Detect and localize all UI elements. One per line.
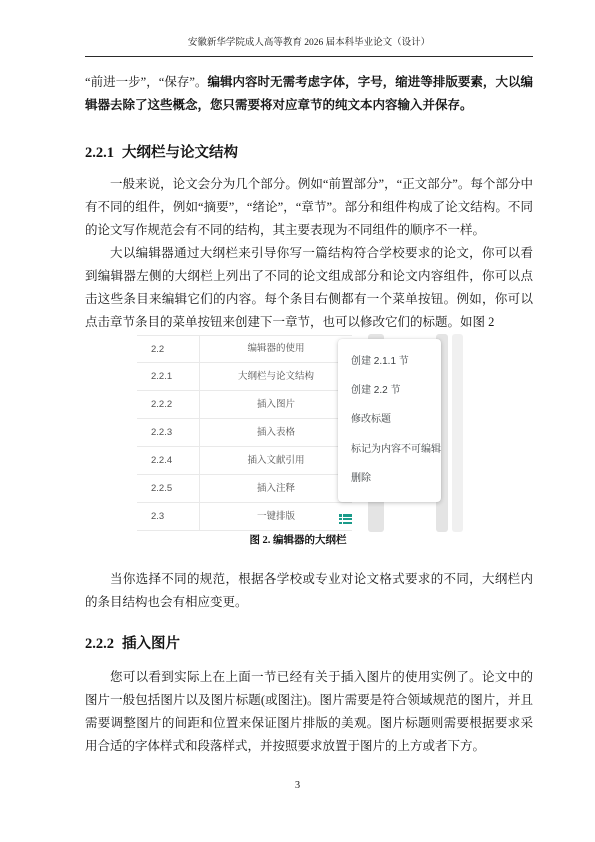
- menu-item-create-2-1-1: 创建 2.1.1 节: [338, 356, 441, 368]
- section-title: 大纲栏与论文结构: [122, 145, 238, 161]
- section-number: 2.2.2: [85, 636, 114, 652]
- outline-row-label: 插入文献引用: [199, 447, 352, 475]
- paragraph-thesis-structure: 一般来说，论文会分为几个部分。例如“前置部分”，“正文部分”。每个部分中有不同的…: [85, 173, 533, 242]
- outline-table: 2.2 编辑器的使用 2.2.1 大纲栏与论文结构 2.2.2 插入图片 2.2…: [137, 335, 352, 531]
- figure-caption: 图 2. 编辑器的大纲栏: [133, 534, 463, 548]
- section-heading-2-2-1: 2.2.1大纲栏与论文结构: [85, 143, 533, 163]
- outline-row: 2.2.3 插入表格: [137, 419, 352, 447]
- outline-row-label: 插入注释: [199, 475, 352, 503]
- background-ui-strip: [452, 334, 463, 532]
- menu-item-rename-title: 修改标题: [338, 414, 441, 426]
- outline-context-menu: 创建 2.1.1 节 创建 2.2 节 修改标题 标记为内容不可编辑 删除: [338, 339, 441, 502]
- outline-row-number: 2.2: [137, 344, 199, 355]
- section-number: 2.2.1: [85, 145, 114, 161]
- paragraph-editing-note: “前进一步”，“保存”。编辑内容时无需考虑字体，字号，缩进等排版要素，大以编辑器…: [85, 71, 533, 117]
- outline-row: 2.3 一键排版: [137, 503, 352, 531]
- format-list-icon: [339, 513, 352, 525]
- figure-2: 2.2 编辑器的使用 2.2.1 大纲栏与论文结构 2.2.2 插入图片 2.2…: [85, 334, 533, 548]
- outline-row: 2.2.2 插入图片: [137, 391, 352, 419]
- outline-row-label: 插入表格: [199, 419, 352, 447]
- menu-item-delete: 删除: [338, 473, 441, 485]
- menu-item-create-2-2: 创建 2.2 节: [338, 385, 441, 397]
- outline-row: 2.2.1 大纲栏与论文结构: [137, 363, 352, 391]
- outline-row-label: 一键排版: [199, 503, 352, 531]
- page-number: 3: [0, 780, 595, 791]
- outline-row-label: 编辑器的使用: [199, 335, 352, 363]
- thesis-page: 安徽新华学院成人高等教育 2026 届本科毕业论文（设计） “前进一步”，“保存…: [0, 0, 595, 842]
- outline-row: 2.2.5 插入注释: [137, 475, 352, 503]
- outline-row: 2.2.4 插入文献引用: [137, 447, 352, 475]
- outline-row: 2.2 编辑器的使用: [137, 335, 352, 363]
- section-heading-2-2-2: 2.2.2插入图片: [85, 634, 533, 654]
- paragraph-insert-image: 您可以看到实际上在上面一节已经有关于插入图片的使用实例了。论文中的图片一般包括图…: [85, 666, 533, 758]
- menu-item-mark-readonly: 标记为内容不可编辑: [338, 444, 441, 456]
- outline-row-label: 插入图片: [199, 391, 352, 419]
- page-content: 安徽新华学院成人高等教育 2026 届本科毕业论文（设计） “前进一步”，“保存…: [85, 36, 533, 758]
- outline-row-number: 2.2.1: [137, 371, 199, 382]
- paragraph-outline-bar: 大以编辑器通过大纲栏来引导你写一篇结构符合学校要求的论文，你可以看到编辑器左侧的…: [85, 242, 533, 334]
- paragraph-spec-change: 当你选择不同的规范，根据各学校或专业对论文格式要求的不同，大纲栏内的条目结构也会…: [85, 568, 533, 614]
- section-title: 插入图片: [122, 636, 180, 652]
- running-header: 安徽新华学院成人高等教育 2026 届本科毕业论文（设计）: [85, 36, 533, 57]
- outline-row-number: 2.2.3: [137, 427, 199, 438]
- outline-bar-screenshot: 2.2 编辑器的使用 2.2.1 大纲栏与论文结构 2.2.2 插入图片 2.2…: [133, 334, 463, 532]
- outline-row-number: 2.2.2: [137, 399, 199, 410]
- outline-row-number: 2.2.5: [137, 483, 199, 494]
- paragraph-regular-run: “前进一步”，“保存”。: [85, 75, 207, 89]
- outline-row-label: 大纲栏与论文结构: [199, 363, 352, 391]
- outline-row-number: 2.2.4: [137, 455, 199, 466]
- outline-row-number: 2.3: [137, 511, 199, 522]
